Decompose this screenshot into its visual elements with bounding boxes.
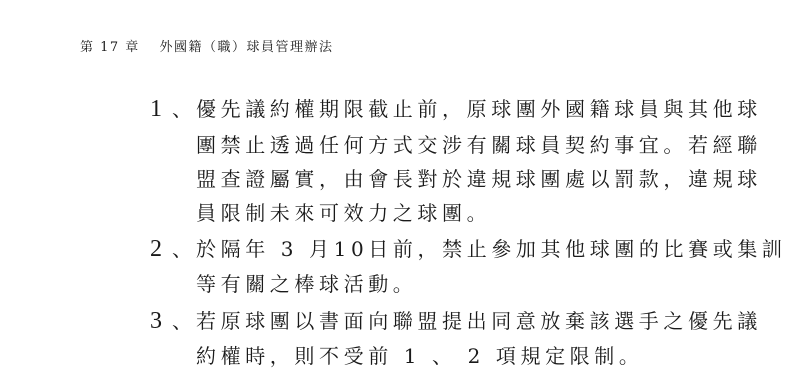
chapter-number: 第 17 章	[80, 40, 140, 55]
item-line: 等有關之棒球活動。	[196, 271, 417, 297]
item-line: 盟查證屬實，由會長對於違規球團處以罰款，違規球	[196, 166, 762, 192]
item-number: 2	[150, 236, 172, 262]
item-separator: 、	[172, 96, 196, 122]
item-separator: 、	[172, 236, 196, 262]
item-line: 團禁止透過任何方式交涉有關球員契約事宜。若經聯	[196, 132, 762, 158]
item-line: 1、優先議約權期限截止前，原球團外國籍球員與其他球	[150, 96, 762, 122]
item-line: 2、於隔年 3 月10日前，禁止參加其他球團的比賽或集訓	[150, 236, 787, 262]
item-number: 3	[150, 308, 172, 334]
item-line: 員限制未來可效力之球團。	[196, 200, 491, 226]
page-header: 第 17 章 外國籍（職）球員管理辦法	[80, 36, 333, 55]
item-text: 若原球團以書面向聯盟提出同意放棄該選手之優先議	[196, 309, 762, 333]
item-text: 優先議約權期限截止前，原球團外國籍球員與其他球	[196, 97, 762, 121]
item-line: 約權時，則不受前 1 、 2 項規定限制。	[196, 343, 643, 369]
item-separator: 、	[172, 308, 196, 334]
item-text: 於隔年 3 月10日前，禁止參加其他球團的比賽或集訓	[196, 237, 787, 261]
item-number: 1	[150, 96, 172, 122]
chapter-title: 外國籍（職）球員管理辦法	[159, 40, 333, 55]
item-line: 3、若原球團以書面向聯盟提出同意放棄該選手之優先議	[150, 308, 762, 334]
